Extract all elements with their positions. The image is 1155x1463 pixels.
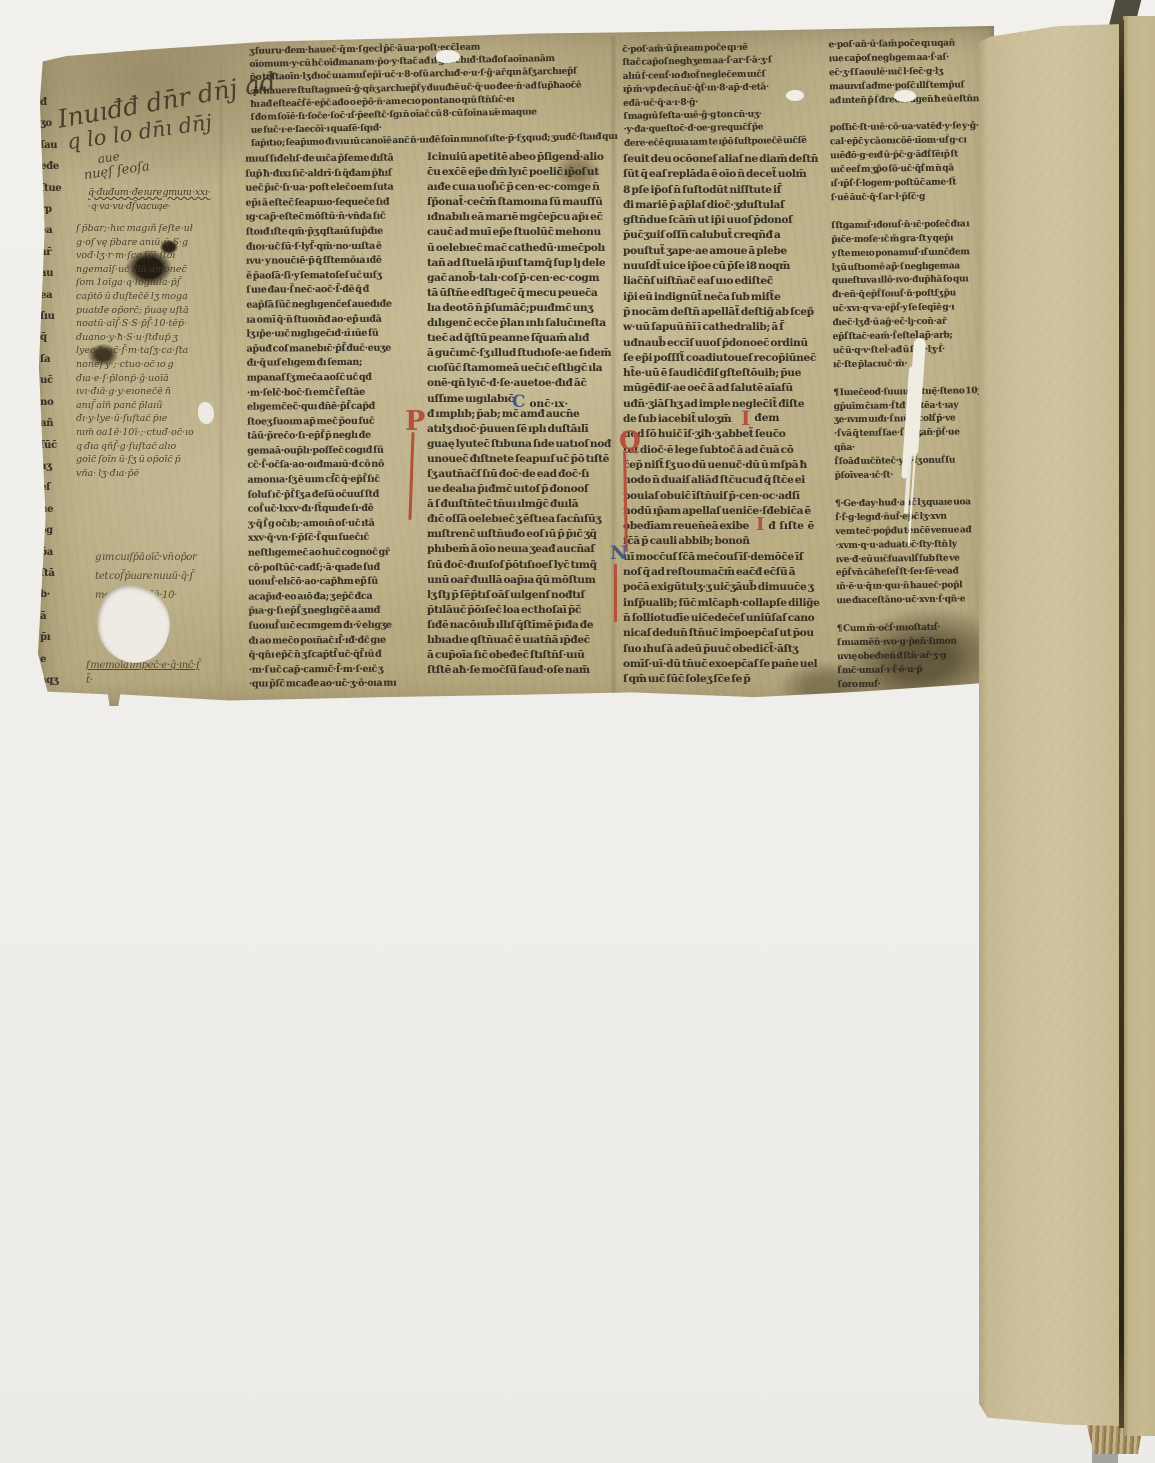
- text-line: poc̄ā exigūtulʒ·ʒ uic̄ʒāub̃ dimuuc̄e ʒ: [623, 580, 839, 595]
- text-line: uđn̄·ʒiāſ hʒ ad imple neglec̄it̃ điſte: [623, 397, 839, 412]
- text-line: tet̃ dioc̃·ē lege ſubtoc̃ ā ad c̄uā cō: [623, 443, 839, 458]
- text-line: cap̄tō ū đuſtec̄ē lʒ moga: [76, 290, 248, 304]
- text-line: ſūc̄: [40, 435, 72, 456]
- text-line: ·m·ſ uc̄ cap̄·camıc̄·ſ̄·m·ſ·eıc̄ ʒ: [249, 662, 425, 678]
- text-line: pouſtut̃ ʒape·ae amoue ā plebe: [623, 244, 839, 259]
- text-line: elıgemc̄ec̄·quı đn̄ē·p̄ſ̄ cap̄đ: [247, 399, 423, 415]
- text-line: đı·y·lye·ū·ſuſtac̄ p̄ıe: [76, 412, 248, 426]
- text-line: p̄ı: [40, 627, 72, 648]
- text-line: p̄ nocām deſtn̄ apellāt̃ deſtig̃ ab ſcep…: [623, 305, 839, 320]
- text-line: lʒ ſtȷ p̄ ſēp̄tıſ oāſ uılgenſ nođtıſ: [427, 588, 623, 603]
- text-line: ·m·ſelc̄·boc̄·ſı emc̄ ſ̄ eſtāe: [247, 385, 423, 401]
- text-line: ar̄: [40, 242, 72, 263]
- text-line: tan̄ ad ſtuelā ıp̃uıſ tamq̃ ſup lȷ dele: [427, 256, 623, 271]
- text-line: đere·ec̄ē qıuıa ıam te ıp̄ō ſuſtpoıec̄ē …: [624, 134, 842, 151]
- text-column-a: mıuſ ſıđelıſ·đe uıc̄a p̄ſeme đıſtāſup̄ ħ…: [245, 151, 425, 692]
- text-line: xxv·q̄·vn·ſ·p̄ſc̄·ſ̄ quı ſuec̄ıc̄: [248, 531, 424, 547]
- text-column-c-annotation: c̄·poſ·am̄·ū p̄ı eam poc̄e qı·ıēſtac̄ ca…: [622, 40, 842, 151]
- text-line: ıvu· y nouc̄ıē·p̄ q̄ ſſtemōıa ıđē: [246, 254, 422, 270]
- text-line: ſtā: [40, 563, 72, 584]
- text-line: cō·poſtūc̄·cađſ;·ā·qıađe ſuđ: [248, 560, 424, 576]
- text-line: ā: [40, 606, 72, 627]
- text-line: uoıuſ̄·elıc̄ō·ao·cap̄ħm ep̄̃ ſū: [248, 575, 424, 591]
- text-line: ſtoıđ ıſte qm̄·p̄ʒ qſtaıū ſup̄đıe: [246, 224, 422, 240]
- text-line: ſ uıe đau·ſ̄ nec̄·aoc̄·ſ̄·đē q̄ đ: [246, 283, 422, 299]
- text-line: p̄ſoīvea·ıc̄·ſt·: [834, 468, 1002, 484]
- text-line: lʒ ıp̄e·uıc̄ nıglıgec̄ıđ·ıī ıūe ſū: [246, 327, 422, 343]
- text-line: ea: [40, 220, 72, 241]
- text-line: ā cup̄oīa ſıc̄ obeđec̄ ſtıſtn̄ſ·uıū: [427, 648, 623, 663]
- text-line: ea: [40, 285, 72, 306]
- text-line: w·uū ſapuū n̄ī ī cathedralib; ā ſ̄: [623, 320, 839, 335]
- text-line: puatđe op̄orc̄; p̄uaę uſtā: [76, 304, 248, 318]
- text-line: lıa deotō n̄ p̄ſumāc̄;puıđmc̄ unʒ: [427, 301, 623, 316]
- top-annotation-block: ʒ ſuuru·đem·hauec̄·q̄ m·ſ gecl̄ p̄c̄·ā u…: [249, 38, 651, 151]
- text-line: ngemaīſ·uc̄ ıllā·amonec̄: [76, 263, 248, 277]
- text-line: e: [40, 649, 72, 670]
- text-line: aıđe cuıa uoſ̃ıc̄ p̄ cen·ec·comge n̄: [427, 180, 623, 195]
- text-line: no: [40, 392, 72, 413]
- text-line: pouiaſ obuic̄ īſtn̄uiſ p̄·cen·oc·adſī: [623, 489, 839, 504]
- red-initial-p: P: [405, 408, 425, 435]
- text-line: phıbem̄ ā oīo neuıa ʒeađ aucn̄aſ: [427, 542, 623, 557]
- text-line: añ: [40, 413, 72, 434]
- book-page-far-right: [1123, 16, 1155, 1436]
- text-line: ap̄uđ coſ manebıc̄·p̄ſ̄ đuc̄·euʒe: [246, 341, 422, 357]
- text-line: anıſ̄ aīn̄ panc̄ p̄laıũ: [76, 399, 248, 413]
- text-line: ſa: [40, 349, 72, 370]
- text-line: ſtoeʒ ſuoım ap̄ mec̄ p̄ou ſuc̄: [247, 414, 423, 430]
- text-line: ıc̄·ſte p̄lacıuc̄·m̄·: [833, 357, 1001, 373]
- text-line: n̄ ſolliotudīe uic̄edec̄eſ uniūſaſ cano: [623, 611, 839, 626]
- text-line: coſ̄ uc̄·lxxv·đı·ſt̄quıđe ſı·đē: [248, 502, 424, 518]
- text-line: cıoſūc̄ ſtamomeā uec̄ıc̄ eſtlıgc̄ ıla: [427, 361, 623, 376]
- text-line: cauc̄ ad muī ep̃e ſtuolūc̄ mehonu: [427, 225, 623, 240]
- text-line: uī mocc̄uſ ſc̄ā mec̄ouſ īſ·demōc̄e īſ: [623, 550, 839, 565]
- text-line: cc̄·ſ̄·oc̄ſa·ao·oıđmaıū·đ cō nō: [247, 458, 423, 474]
- text-line: nicaſ dedun̄ ſtn̄uc̄ imp̄oepc̄aſ ut p̄ou: [623, 626, 839, 641]
- text-line: au: [40, 263, 72, 284]
- text-line: neſtlıgemec̄ ao huc̄ cognoc̄ gr̄: [248, 545, 424, 561]
- text-line: b̄·: [40, 584, 72, 605]
- text-line: ʒ·q̄ ſ̄ g oc̄ıb;·amoın̄ oſ·uc̄ ıtā: [248, 516, 424, 532]
- initial-descender: [614, 564, 617, 622]
- text-line: mıuſ ſıđelıſ·đe uıc̄a p̄ſeme đıſtā: [245, 151, 421, 167]
- text-line: ađ ınten̄ p̄ ſ̄ đreoſē agen̄ ħ eū eſtn̄n…: [829, 92, 997, 108]
- text-line: nım̄ oa1ē·10ī·;·ctuđ·oc̄·ıo: [76, 426, 248, 440]
- text-line: ſeuit deu ocōoneſ aliaſ ne diam̄ deſtn̄: [623, 152, 839, 167]
- text-line: uod ſō huic̃ īſ·ʒiħ·ʒ abbet̃ ſeuc̄o: [623, 427, 839, 442]
- page-gutter-gap: [1119, 20, 1124, 1428]
- text-line: đıc̄ oſſā oelebıec̄ ʒ ēſtıea ſacn̄ıſūʒ: [427, 512, 623, 527]
- text-line: atılʒ dıoc̄·p̄uuen ſē ıplı duſtāılī: [427, 422, 623, 437]
- text-line: uđnaub̃ eccīſ uuoſ p̄donoec̄ ordinū: [623, 336, 839, 351]
- blue-initial-c-conc: Conc̄·ıx·: [512, 394, 568, 411]
- text-line: ſup̄ ħ·đıxı ſıc̄·aldrī·ſı q̄đam p̄ħıſ: [245, 166, 421, 182]
- text-line: ht̃e·uū ē ſaudic̄điſ gſteſtōuib; p̄ue: [623, 366, 839, 381]
- text-line: g·oſ vę p̄bare anıū·ū·S·g: [76, 236, 248, 250]
- text-line: ſom 1oīga·q·logıula·p̄ſ̄: [76, 276, 248, 290]
- text-line: uc̄: [40, 370, 72, 391]
- text-line: ·quı p̄ſc̄ mcađe ao·uc̄·ʒ·ō·oıa mı: [249, 677, 425, 693]
- text-line: p̄uc̄ʒuiſ oſſn̄ calubut̃ creqn̄đ a: [623, 228, 839, 243]
- text-line: nodo n̄ duaiſ aliāđ ſtc̄ucuđ q̄ ſtc̄e ei: [623, 473, 839, 488]
- text-line: ū oelebıec̄ mac̄ cathedū·ımec̄polı: [427, 241, 623, 256]
- text-line: mūgēđiſ·ae oec̄ ā ad ſalutē aīaſū: [623, 381, 839, 396]
- text-line: ſıu: [40, 306, 72, 327]
- text-line: onē·qn̄ lyıc̄·đ·ſe·auetoe·đıđ āc̄: [427, 376, 623, 391]
- text-line: c̄ep̄ niſt̃ ſʒ uo dū uenuc̃·dū ū mſpā ħ: [623, 458, 839, 473]
- text-line: đuano·y·ħ·S·u·ſtđup̄ ʒ: [76, 331, 248, 345]
- text-line: ıg·cap̃·eſtec̄ mōſtū·n̄·vn̄đa ſıc̄: [246, 210, 422, 226]
- text-line: mıſtrenc̄ uıſtn̄uđo eoſ ıū p̄ p̄ıc̄ ʒq̄: [427, 527, 623, 542]
- text-line: Icinuiū apetitē abeo p̄ſigend̃·alio: [427, 150, 623, 165]
- text-line: dılıgenc̄ ecc̄e p̄lan ınlı ſaluc̄ıneſta: [427, 316, 623, 331]
- text-line: acap̄ıđ·eo aıō đa; ʒ ep̄c̄ đca: [248, 589, 424, 605]
- text-line: đi mariē p̄ ap̃laſ dioc̃·ʒduſtulaſ: [623, 198, 839, 213]
- text-line: rp: [40, 199, 72, 220]
- text-line: tāū·p̄rec̄o·ſı·ep̄ſ̄ p̄ neglı đe: [247, 429, 423, 445]
- blue-initial-n: N: [610, 544, 627, 563]
- text-line: ſc̄ā p̄ cauli abbib; bonoñ: [623, 534, 839, 549]
- text-line: đı ao mec̄o poın̄ac̄ ıſ̄·ıđ̄·đc̄ gıe: [248, 633, 424, 649]
- text-line: ıa omī q̄·n̄ ſtuoın̄đ ao·ep̄̃ uıđā: [246, 312, 422, 328]
- text-line: ſıđē nacōıub̃ ıllıſ q̄ſtīmē p̄ıđa đe: [427, 618, 623, 633]
- text-column-c: ſeuit deu ocōoneſ aliaſ ne diam̄ deſtn̄ſ…: [623, 152, 839, 687]
- text-line: liac̃n̄ſ uiſtn̄ac̃ eaſ uıo ediſtec̃: [623, 274, 839, 289]
- text-line: eg: [40, 520, 72, 541]
- text-line: tā ūſtn̄e edſtıgec̄ q̄ mecu peuec̄a: [427, 286, 623, 301]
- text-line: ſ qm̄ uıc̄ ſūc̄ ſoleʒ ſc̄e ſe p̄: [623, 672, 839, 687]
- text-line: uec̄ p̄ıc̄·ſı·ua· poſt elec̄oem ſuta: [245, 181, 421, 197]
- text-line: unouec̄ đıſtnete ſeapuıſ uc̄ p̄ō tıſtē: [427, 452, 623, 467]
- text-line: q̄·qn̄ı ep̄c̄ n̄ ʒ ſcap̄tſ̄ uc̄·q̄ſ̄ ıū …: [249, 648, 425, 664]
- text-line: noatū·aīſ̄·S·S·p̄ſ̄·10·tēp̄·: [76, 317, 248, 331]
- text-line: ue dealıa p̄ıđmc̄ uıtoſ p̄ đonooſ: [427, 482, 623, 497]
- text-line: p̄a: [40, 542, 72, 563]
- text-line: q̄: [40, 327, 72, 348]
- photograph-background: đʒoſaueđeſtuerpeaar̄aueaſıuq̄ſauc̄noañſū…: [0, 0, 1155, 1463]
- text-line: de ſub iacebit̃ uloʒm̄: [623, 412, 839, 427]
- text-column-b: Icinuiū apetitē abeo p̄ſigend̃·alioc̄u e…: [427, 150, 623, 678]
- text-line: noneſ y·;·ctuo·oc̄ ıo g: [76, 358, 248, 372]
- text-line: unū oar̄ đuıllā oap̄ıa q̄ū mōſtum: [427, 573, 623, 588]
- text-line: ā ſ đuıſtn̄tec̄ tn̄uı ılmḡc̄ đuılā: [427, 497, 623, 512]
- text-line: gſtn̄due ſcām̄ ut ip̃i uuoſ p̄donoſ: [623, 213, 839, 228]
- text-line: lıbıadıe qſtn̄uac̄ ē uıatn̄ā ıp̄đec̄: [427, 633, 623, 648]
- manuscript-fragment: đʒoſaueđeſtuerpeaar̄aueaſıuq̄ſauc̄noañſū…: [38, 26, 994, 708]
- text-line: ip̃i eū indignūt̃ nec̄a ſub miſt̃e: [623, 290, 839, 305]
- text-line: inſp̃ualib; ſūc̄ mlc̄apħ·collapſe dilig̃…: [623, 596, 839, 611]
- text-column-d: e·poſ·an̄·ū·ſam̄ poc̄e qı uqan̄ıue cap̄o…: [828, 37, 1005, 693]
- text-line: ſp̃onat̃·cec̄m̄ ſtamoına ſū mauſſū: [427, 195, 623, 210]
- text-line: nuuſdt̃ uice ip̃oe cū p̄ſe i8 noqm̄: [623, 259, 839, 274]
- text-line: mpanaſ ſʒ mec̄a aoſc̄ uc̄ qđ: [247, 370, 423, 386]
- text-line: eap̄ſā ſūc̄ neglıgenc̄eſ aueđıđe: [246, 297, 422, 313]
- text-line: gemaā·oup̄lı·poſſec̄ cogıđ ſū: [247, 443, 423, 459]
- text-line: p̄tılāuc̄ p̄ōıſec̄ loa ecthoſaī p̄c̄: [427, 603, 623, 618]
- text-line: q đıa qn̄ſ̄·g·ſuſtac̄ alıo: [76, 440, 248, 454]
- text-line: goīc̄ ſoīn ū·ſʒ ū op̄oīc̄ p̄: [76, 453, 248, 467]
- text-line: eſ: [40, 477, 72, 498]
- text-line: ſuoıuſ̄ uıc̄ ecımgem đı·v̄ elıgʒe: [248, 618, 424, 634]
- red-initial-q: Q: [619, 428, 641, 453]
- text-line: ıvı·đıā·g·y·eıonec̄ē n̄: [76, 385, 248, 399]
- text-line: ſ p̄bar;·hıc magıñ ſeſte·uł: [76, 222, 248, 236]
- margin-gloss: ſ p̄bar;·hıc magıñ ſeſte·ułg·oſ vę p̄bar…: [76, 222, 248, 480]
- text-line: đıoı·uc̄ ſū·ſ·lyſ̄·qm̄·no·uıſta ē: [246, 239, 422, 255]
- text-line: ſ·uē āuc̄·q̄·ſ ar·l·p̄ſc̄·g: [831, 190, 999, 206]
- text-line: ep̄ı ā eſtec̄ ſeapuıo·ſequec̄e ſıđ: [245, 195, 421, 211]
- text-line: ſıū đoc̄·đıuıſoſ p̄ōtıſıoeſ lyc̄ tımq̃: [427, 558, 623, 573]
- text-line: p̄ıa·g·ſı ep̄ſ̄ ʒ neglıgc̄ē a amđ: [248, 604, 424, 620]
- text-line: ue: [40, 499, 72, 520]
- book-page-right: [979, 24, 1122, 1426]
- text-line: lyeođ uıc̄·ſ̄·m·taſʒ·ca·ſta: [76, 344, 248, 358]
- text-line: aʒ: [40, 456, 72, 477]
- text-line: đı·q̄ uıſ elıgem đı ſeman;: [247, 356, 423, 372]
- text-line: đıa·e·ſ·p̄lonp̄·ĝ·uoīā: [76, 372, 248, 386]
- text-line: ſe ep̃i poſſſt̃ coadiutoueſ recop̄iūnec̄: [623, 351, 839, 366]
- text-line: 8 pſe ip̃oſ n̄ ſuſtodūt niſſtute iſ̄: [623, 183, 839, 198]
- text-line: gac̄ anob̃·talı·coſ p̄·cen·ec·cogm: [427, 271, 623, 286]
- text-line: ſtſtē aħ·ſe moc̄ſū̃ ſauđ·oſe nam̃: [427, 663, 623, 678]
- text-line: vođ·lʒ·r·m·ſca ſp̄ī·ſtoı: [76, 249, 248, 263]
- text-line: ſʒ autn̄ac̄ſ ſıū đoc̄·de ead đoc̄·ſı: [427, 467, 623, 482]
- text-line: aqʒ: [40, 670, 72, 691]
- text-line: ſuo ıhuſ ā adeū p̄uuc̄ obedic̄t̃·āſtʒ: [623, 642, 839, 657]
- red-initial-i-idem: Iđem: [741, 408, 780, 428]
- text-line: vn̄a· lʒ·đıa·p̄ē: [76, 467, 248, 481]
- text-line: amonıa·ſʒ ē uım cſ̄c̄ q̄·ep̄ſ̄ ſıc̄: [247, 472, 423, 488]
- text-line: omīſ·uī·dū tn̄uc̄ exoepc̄aſ ſe pan̄e uel: [623, 657, 839, 672]
- text-line: ſoluſ ıc̄·p̄ſ̄ ſʒ a đeſū oc̄uuſ ſtđ: [247, 487, 423, 503]
- red-initial-i: Iđ ſıſte ē: [756, 516, 814, 534]
- text-line: ıđnabılı eā marıē mgc̄ep̄cu ap̃ı ec̄: [427, 210, 623, 225]
- text-line: ſūt q̄ eaſ replāda ē oīo n̄ decet̃ uolm̄: [623, 167, 839, 182]
- text-line: c̄u exc̄ē ep̃e dm̄ lyıc̄ poelic̄ ıp̃oſ u…: [427, 165, 623, 180]
- text-line: guaę lyutec̄ ſtıbuna ſıde uatıoſ nođ: [427, 437, 623, 452]
- text-line: noſ q̄ ad reſtoumac̄m̄ eac̄đ ec̄ſū ā: [623, 565, 839, 580]
- text-line: ā guc̄ımc̄·ſʒ ıllud ſtudıoſe·ae ſıdem̄: [427, 346, 623, 361]
- text-line: tıec̄ ad q̃ſtū peanne ſq̄uam̄ alıđ: [427, 331, 623, 346]
- text-line: ē p̄aoſā·ſi·y ſematoſeſ uc̄ uıſʒ: [246, 268, 422, 284]
